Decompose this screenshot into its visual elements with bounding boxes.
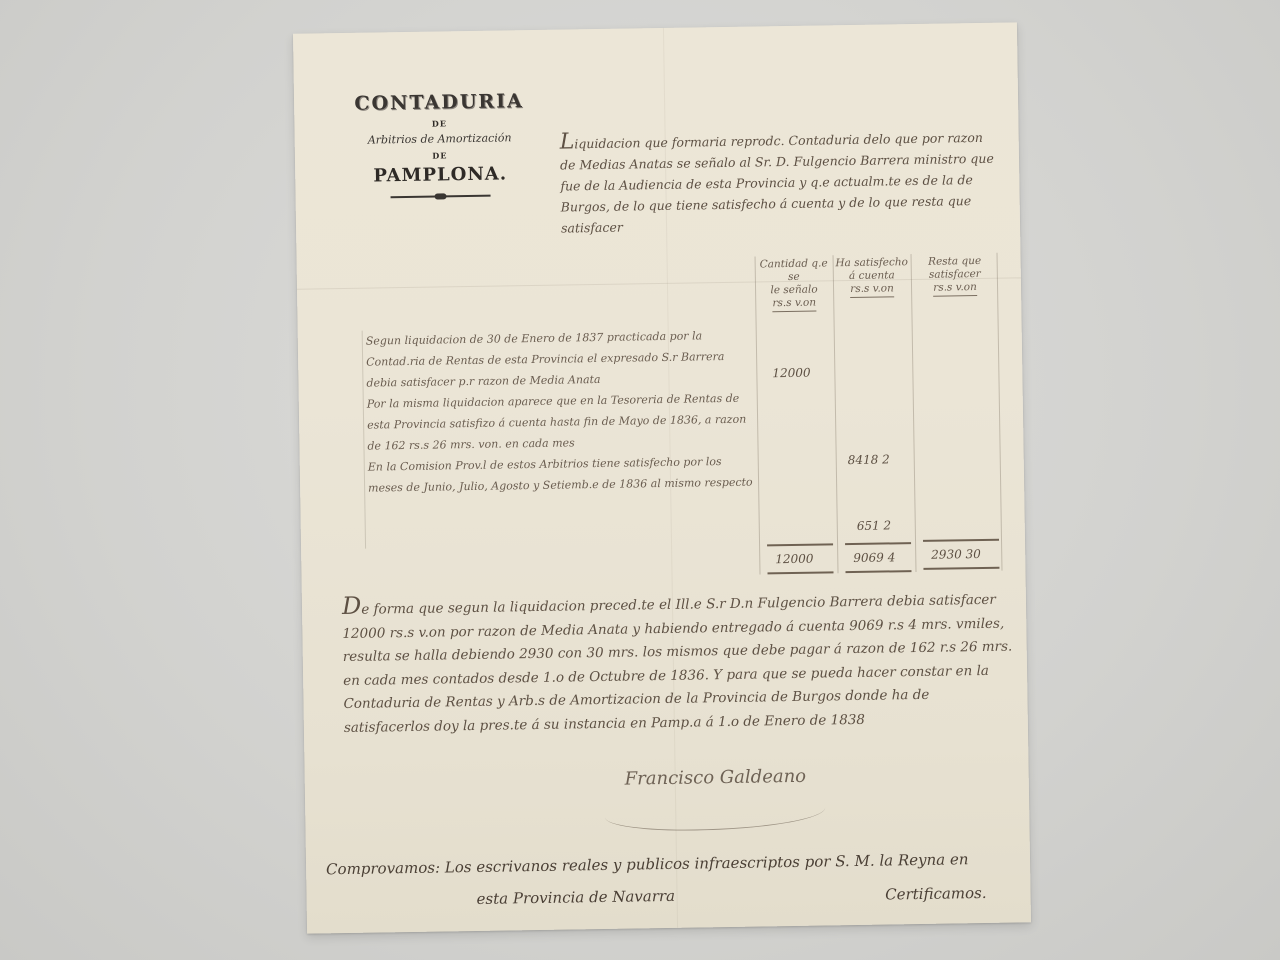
ledger-entry: Por la misma liquidacion aparece que en … bbox=[367, 388, 758, 457]
total-rule bbox=[923, 567, 999, 570]
entry-amount-paid: 651 2 bbox=[857, 518, 892, 533]
col-header-unit: rs.s v.on bbox=[933, 281, 977, 297]
notarial-attestation: Comprovamos: Los escrivanos reales y pub… bbox=[326, 842, 1027, 917]
letterhead: CONTADURIA DE Arbitrios de Amortización … bbox=[334, 90, 546, 199]
body-initial: D bbox=[342, 592, 362, 620]
entry-amount-assigned: 12000 bbox=[772, 366, 810, 381]
letterhead-title: CONTADURIA bbox=[334, 90, 544, 115]
total-rule bbox=[767, 571, 833, 574]
column-header-paid: Ha satisfecho á cuenta rs.s v.on bbox=[835, 256, 910, 298]
letterhead-subtitle: Arbitrios de Amortización bbox=[335, 131, 545, 147]
fold-crease bbox=[297, 277, 1021, 289]
subtotal-rule bbox=[767, 543, 833, 546]
signature: Francisco Galdeano bbox=[625, 766, 807, 790]
total-paid: 9069 4 bbox=[853, 550, 895, 565]
subtotal-rule bbox=[923, 539, 999, 542]
col-header-line: Ha satisfecho bbox=[835, 256, 909, 270]
ledger-entry: Segun liquidacion de 30 de Enero de 1837… bbox=[366, 325, 757, 394]
col-header-line: satisfacer bbox=[915, 268, 995, 282]
total-remaining: 2930 30 bbox=[931, 547, 981, 562]
ledger-entries: Segun liquidacion de 30 de Enero de 1837… bbox=[366, 325, 759, 499]
col-header-line: le señalo bbox=[757, 283, 831, 297]
column-header-remaining: Resta que satisfacer rs.s v.on bbox=[915, 255, 996, 297]
col-header-line: á cuenta bbox=[835, 269, 909, 283]
column-rule bbox=[911, 254, 917, 572]
total-assigned: 12000 bbox=[775, 552, 813, 567]
body-text: e forma que segun la liquidacion preced.… bbox=[342, 592, 1012, 736]
column-rule bbox=[997, 253, 1003, 571]
col-header-line: Cantidad q.e se bbox=[757, 257, 831, 284]
letterhead-de: DE bbox=[335, 149, 545, 162]
intro-initial: L bbox=[560, 129, 575, 154]
signature-flourish bbox=[605, 793, 826, 831]
column-rule bbox=[833, 255, 839, 573]
col-header-unit: rs.s v.on bbox=[850, 282, 894, 298]
letterhead-de: DE bbox=[334, 117, 544, 130]
intro-paragraph: Liquidacion que formaria reprodc. Contad… bbox=[560, 125, 1002, 239]
ledger-entry: En la Comision Prov.l de estos Arbitrios… bbox=[368, 450, 759, 498]
col-header-unit: rs.s v.on bbox=[772, 297, 816, 313]
letterhead-city: PAMPLONA. bbox=[335, 163, 545, 187]
certification-paragraph: De forma que segun la liquidacion preced… bbox=[342, 585, 1014, 741]
intro-text: iquidacion que formaria reprodc. Contadu… bbox=[560, 130, 994, 236]
attestation-closing: Certificamos. bbox=[885, 877, 987, 911]
total-rule bbox=[845, 570, 911, 573]
col-header-line: Resta que bbox=[915, 255, 995, 269]
subtotal-rule bbox=[845, 542, 911, 545]
column-header-assigned: Cantidad q.e se le señalo rs.s v.on bbox=[757, 257, 832, 312]
entry-amount-paid: 8418 2 bbox=[848, 452, 890, 467]
document-page: CONTADURIA DE Arbitrios de Amortización … bbox=[293, 22, 1031, 933]
ornamental-rule bbox=[391, 195, 491, 199]
